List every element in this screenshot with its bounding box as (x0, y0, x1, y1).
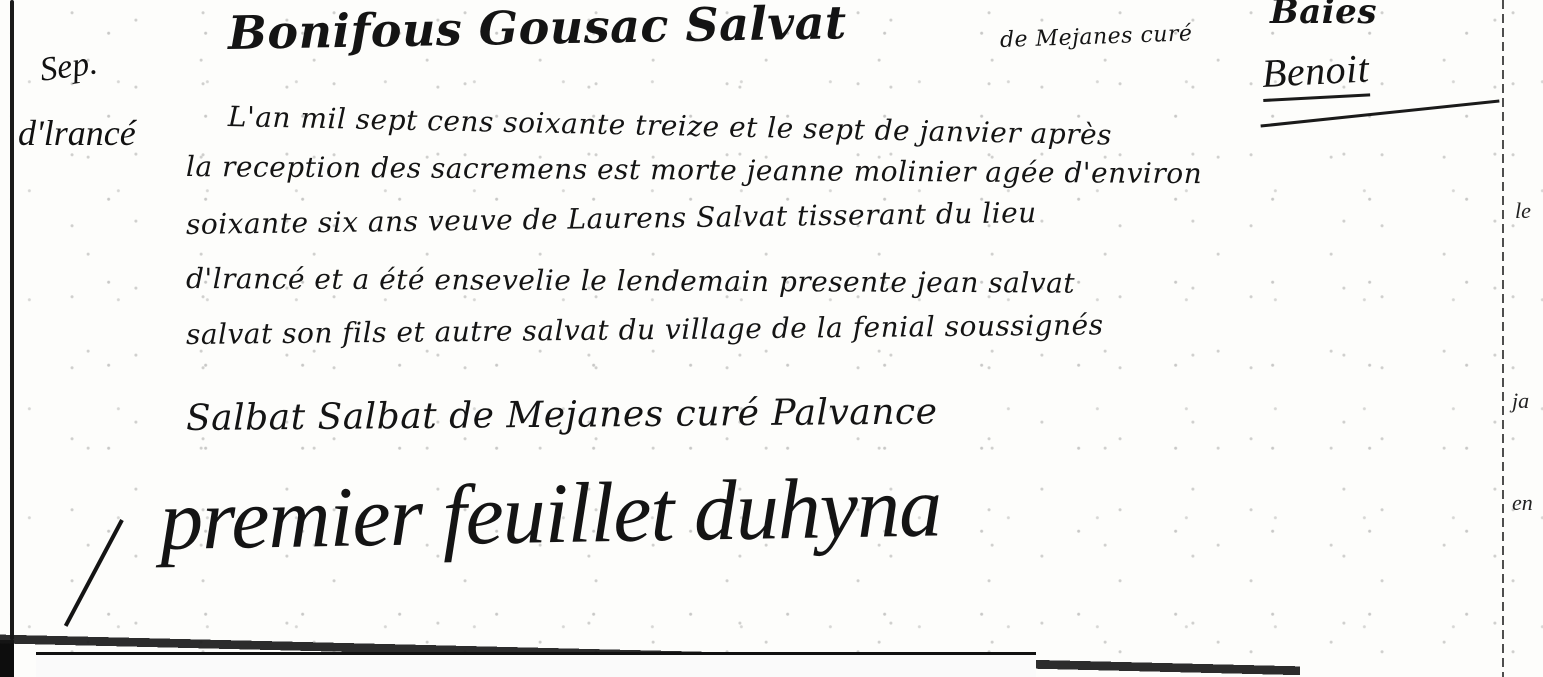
signature-flourish (1261, 99, 1500, 127)
left-margin-rule (10, 0, 14, 640)
entry-signatures-line: Salbat Salbat de Mejanes curé Palvance (186, 391, 938, 439)
margin-note-line-1: Sep. (38, 44, 100, 90)
page-bottom-strip (36, 652, 1036, 677)
register-page: Bonifous Gousac Salvat de Mejanes curé B… (0, 0, 1543, 677)
entry-line-2: la reception des sacremens est morte jea… (186, 150, 1202, 190)
entry-line-3: soixante six ans veuve de Laurens Salvat… (186, 196, 1037, 241)
header-right-fragment: Baies (1270, 0, 1377, 32)
right-margin-rule (1502, 0, 1504, 677)
right-margin-fragment-3: en (1512, 490, 1533, 516)
header-names: Bonifous Gousac Salvat (228, 0, 848, 60)
entry-line-5: salvat son fils et autre salvat du villa… (186, 308, 1104, 351)
signature-benoit: Benoit (1261, 44, 1371, 102)
right-margin-fragment-2: ja (1512, 388, 1529, 414)
margin-note-line-2: d'lrancé (18, 112, 136, 154)
closing-signature: premier feuillet duhyna (159, 456, 942, 570)
header-annotation: de Mejanes curé (1000, 21, 1193, 53)
signature-stroke (64, 519, 124, 627)
entry-line-1: L'an mil sept cens soixante treize et le… (228, 100, 1113, 152)
right-margin-fragment-1: le (1515, 198, 1531, 224)
entry-line-4: d'lrancé et a été ensevelie le lendemain… (186, 262, 1075, 300)
